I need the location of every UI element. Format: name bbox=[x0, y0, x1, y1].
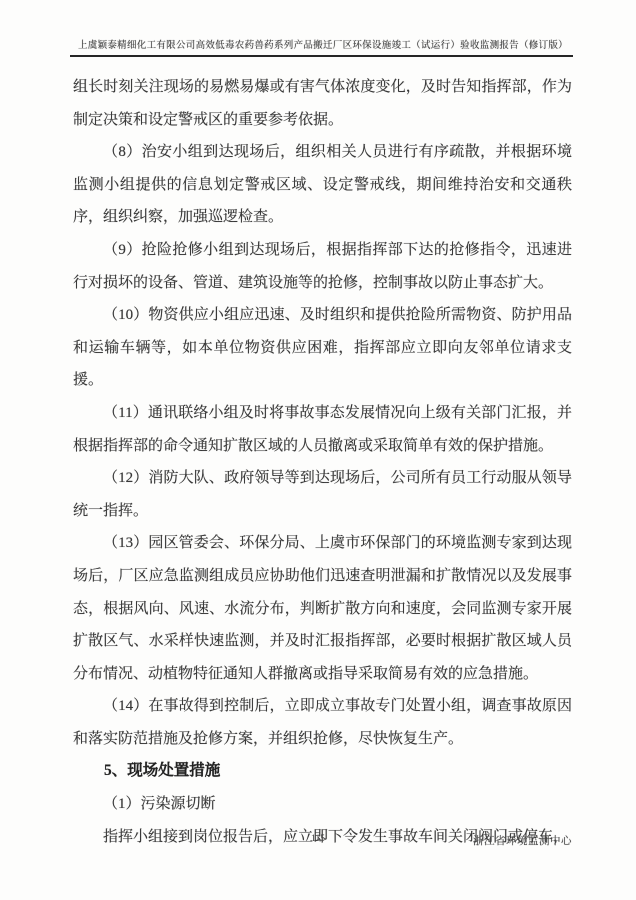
paragraph-continuation: 组长时刻关注现场的易燃易爆或有害气体浓度变化，及时告知指挥部，作为制定决策和设定… bbox=[73, 71, 572, 136]
running-header-title: 上虞颖泰精细化工有限公司高效低毒农药兽药系列产品搬迁厂区环保设施竣工（试运行）验… bbox=[73, 37, 573, 51]
subsection-heading: （1）污染源切断 bbox=[73, 788, 572, 821]
header-rule bbox=[70, 55, 573, 57]
paragraph-item-10: （10）物资供应小组应迅速、及时组织和提供抢险所需物资、防护用品和运输车辆等，如… bbox=[73, 299, 572, 397]
document-page: 上虞颖泰精细化工有限公司高效低毒农药兽药系列产品搬迁厂区环保设施竣工（试运行）验… bbox=[0, 0, 636, 900]
footer-organization: 浙江省环境监测中心 bbox=[473, 833, 572, 848]
document-body: 组长时刻关注现场的易燃易爆或有害气体浓度变化，及时告知指挥部，作为制定决策和设定… bbox=[73, 71, 572, 853]
section-heading: 5、现场处置措施 bbox=[73, 755, 572, 788]
paragraph-item-14: （14）在事故得到控制后，立即成立事故专门处置小组，调查事故原因和落实防范措施及… bbox=[73, 690, 572, 755]
paragraph-item-12: （12）消防大队、政府领导等到达现场后，公司所有员工行动服从领导统一指挥。 bbox=[73, 462, 572, 527]
paragraph-item-8: （8）治安小组到达现场后，组织相关人员进行有序疏散，并根据环境监测小组提供的信息… bbox=[73, 136, 572, 234]
paragraph-item-9: （9）抢险抢修小组到达现场后，根据指挥部下达的抢修指令，迅速进行对损坏的设备、管… bbox=[73, 234, 572, 299]
paragraph-item-13: （13）园区管委会、环保分局、上虞市环保部门的环境监测专家到达现场后，厂区应急监… bbox=[73, 527, 572, 690]
paragraph-item-11: （11）通讯联络小组及时将事故事态发展情况向上级有关部门汇报，并根据指挥部的命令… bbox=[73, 397, 572, 462]
